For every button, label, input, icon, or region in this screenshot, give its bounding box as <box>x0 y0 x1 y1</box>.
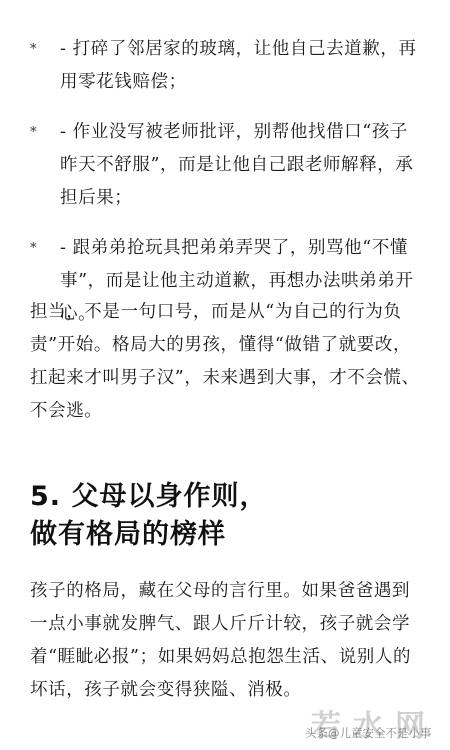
bullet-star-icon: * <box>30 33 37 66</box>
paragraph-responsibility: 担当，不是一句口号，而是从“为自己的行为负责”开始。格局大的男孩，懂得“做错了就… <box>30 296 425 428</box>
paragraph-parents-example: 孩子的格局，藏在父母的言行里。如果爸爸遇到一点小事就发脾气、跟人斤斤计较，孩子就… <box>30 575 425 707</box>
bullet-star-icon: * <box>30 116 37 149</box>
watermark: 若水网 头条@儿童安全不是小事 <box>305 703 445 747</box>
section-heading-line-1: 5. 父母以身作则， <box>30 481 267 512</box>
list-item: * - 作业没写被老师批评，别帮他找借口“孩子昨天不舒服”，而是让他自己跟老师解… <box>0 116 450 215</box>
bullet-star-icon: * <box>30 232 37 265</box>
list-item-text: - 打碎了邻居家的玻璃，让他自己去道歉，再用零花钱赔偿； <box>60 39 417 92</box>
list-item-text: - 作业没写被老师批评，别帮他找借口“孩子昨天不舒服”，而是让他自己跟老师解释，… <box>60 122 413 208</box>
section-heading-line-2: 做有格局的榜样 <box>30 519 226 550</box>
article-page: * - 打碎了邻居家的玻璃，让他自己去道歉，再用零花钱赔偿； * - 作业没写被… <box>0 0 450 750</box>
list-item: * - 打碎了邻居家的玻璃，让他自己去道歉，再用零花钱赔偿； <box>0 33 450 99</box>
watermark-credit: 头条@儿童安全不是小事 <box>305 725 432 741</box>
section-heading: 5. 父母以身作则， 做有格局的榜样 <box>30 478 430 554</box>
